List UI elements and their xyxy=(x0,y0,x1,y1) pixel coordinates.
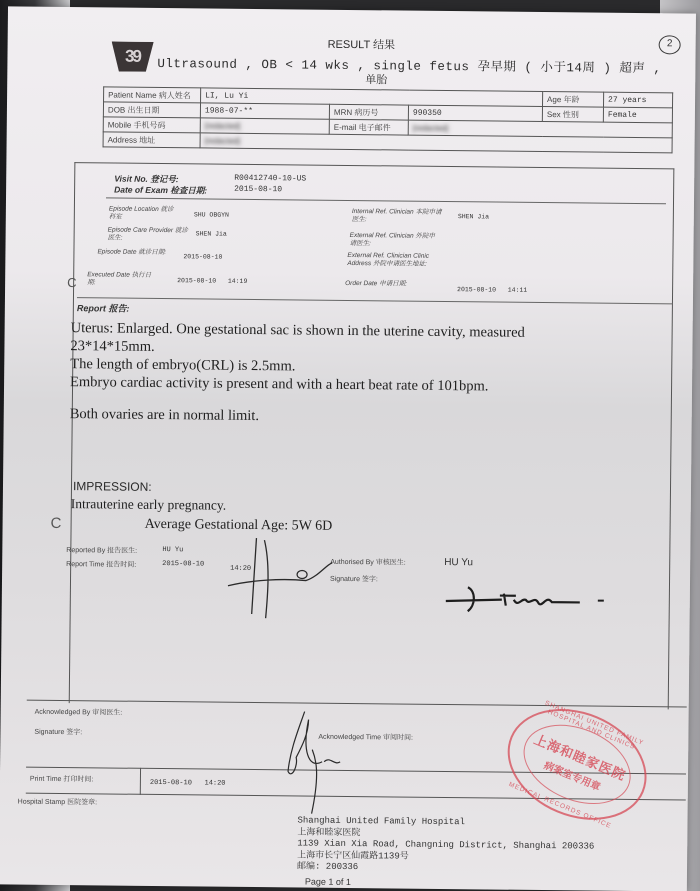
external-ref-address-label: External Ref. Clinician Clinic Address 外… xyxy=(347,252,443,268)
page-number: Page 1 of 1 xyxy=(305,876,594,891)
episode-location-value: SHU OBGYN xyxy=(194,211,229,218)
exam-date-label: Date of Exam 检查日期: xyxy=(114,184,207,197)
episode-location-label: Episode Location 就诊科室 xyxy=(109,205,179,221)
result-title: RESULT 结果 xyxy=(328,36,396,53)
mobile-label: Mobile 手机号码 xyxy=(103,117,200,133)
dob-label: DOB 出生日期 xyxy=(103,102,200,118)
report-time-label: Report Time 报告时间: xyxy=(66,559,136,570)
address-label: Address 地址 xyxy=(103,132,200,148)
reported-by-label: Reported By 报告医生: xyxy=(66,545,137,556)
ack-signature-label: Signature 签字: xyxy=(34,727,82,738)
executed-date-label: Executed Date 执行日期: xyxy=(87,271,157,287)
authorised-by-value: HU Yu xyxy=(444,557,473,568)
impression-label: IMPRESSION: xyxy=(73,479,152,494)
internal-ref-clinician-label: Internal Ref. Clinician 本院申请医生: xyxy=(352,208,442,224)
report-label: Report 报告: xyxy=(77,301,130,315)
authoriser-signature-icon xyxy=(442,579,612,621)
exam-title: Ultrasound , OB < 14 wks , single fetus … xyxy=(157,53,661,76)
care-provider-value: SHEN Jia xyxy=(196,230,227,237)
print-time-value: 2015-08-10 14:20 xyxy=(150,779,226,788)
mobile-value-redacted: [redacted] xyxy=(200,118,329,134)
episode-date-label: Episode Date 就诊日期: xyxy=(97,248,167,256)
reported-by-value: HU Yu xyxy=(162,546,183,554)
ultrasound-report-sheet: 39 RESULT 结果 Ultrasound , OB < 14 wks , … xyxy=(0,6,696,891)
dob-value: 1988-07-** xyxy=(200,103,329,119)
acknowledged-by-label: Acknowledged By 审阅医生: xyxy=(35,707,123,718)
margin-mark-icon: C xyxy=(51,515,62,532)
gestational-age: Average Gestational Age: 5W 6D xyxy=(145,517,333,535)
external-ref-clinician-label: External Ref. Clinician 外院申请医生: xyxy=(350,232,440,248)
hospital-postcode: 邮编: 200336 xyxy=(297,861,594,876)
care-provider-label: Episode Care Provider 就诊医生: xyxy=(108,226,192,242)
handwritten-page-mark: 2 xyxy=(659,35,681,54)
patient-info-table: Patient Name 病人姓名 LI, Lu Yi Age 年龄 27 ye… xyxy=(103,86,674,153)
report-findings: Uterus: Enlarged. One gestational sac is… xyxy=(70,319,611,429)
age-label: Age 年龄 xyxy=(542,92,603,108)
exam-date-value: 2015-08-10 xyxy=(234,185,282,195)
mrn-label: MRN 病历号 xyxy=(329,104,408,120)
sex-value: Female xyxy=(603,107,672,123)
executed-date-value: 2015-08-10 14:19 xyxy=(177,277,247,285)
margin-mark-icon: C xyxy=(67,275,77,290)
hospital-stamp-label: Hospital Stamp 医院签章: xyxy=(18,797,97,808)
print-time-label: Print Time 打印时间: xyxy=(30,774,94,785)
hospital-address-block: Shanghai United Family Hospital 上海和睦家医院 … xyxy=(297,815,595,890)
acknowledger-signature-icon xyxy=(268,709,359,820)
order-date-value: 2015-08-10 14:11 xyxy=(457,286,527,294)
age-value: 27 years xyxy=(603,92,672,108)
email-label: E-mail 电子邮件 xyxy=(329,119,408,135)
sex-label: Sex 性别 xyxy=(542,107,603,123)
hospital-logo-icon: 39 xyxy=(111,41,153,71)
impression-text: Intrauterine early pregnancy. xyxy=(71,496,227,514)
order-date-label: Order Date 申请日期: xyxy=(345,280,415,288)
visit-no-value: R00412740-10-US xyxy=(234,174,306,184)
patient-name-label: Patient Name 病人姓名 xyxy=(104,87,201,103)
report-time-value: 2015-08-10 xyxy=(162,560,204,568)
episode-date-value: 2015-08-10 xyxy=(183,253,222,260)
reporter-signature-icon xyxy=(222,534,343,625)
exam-title-line2: 单胎 xyxy=(365,71,387,87)
internal-ref-clinician-value: SHEN Jia xyxy=(458,213,489,220)
mrn-value: 990350 xyxy=(408,105,542,121)
